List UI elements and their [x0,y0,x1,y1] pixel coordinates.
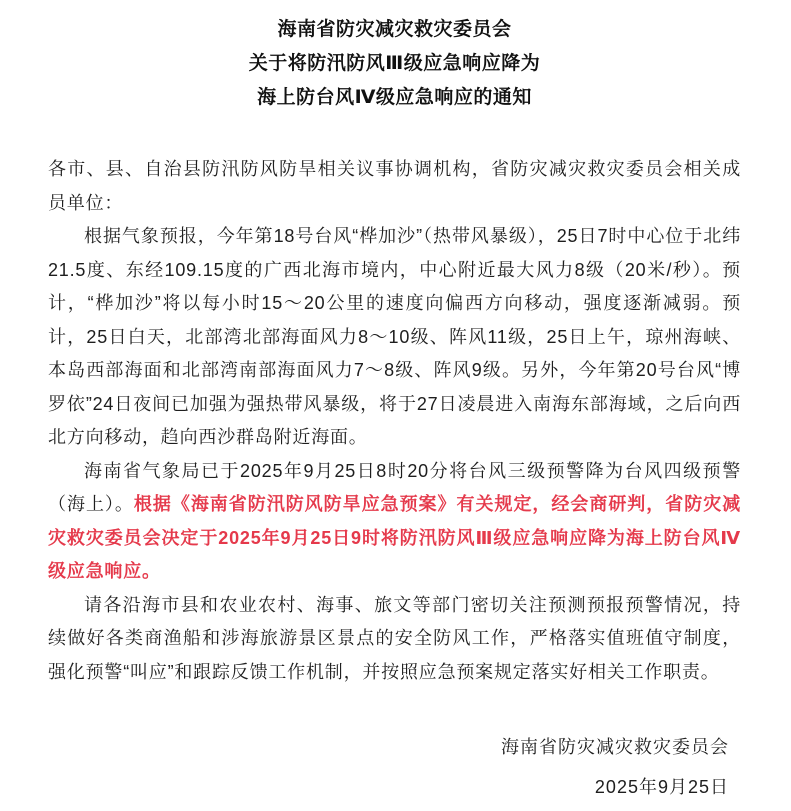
paragraph-decision: 海南省气象局已于2025年9月25日8时20分将台风三级预警降为台风四级预警（海… [48,455,741,589]
signature-committee: 海南省防灾减灾救灾委员会 [48,727,729,767]
title-line-1: 海南省防灾减灾救灾委员会 [48,13,741,47]
paragraph-requirements: 请各沿海市县和农业农村、海事、旅文等部门密切关注预测预报预警情况，持续做好各类商… [48,589,741,690]
title-line-2: 关于将防汛防风Ⅲ级应急响应降为 [48,47,741,81]
salutation: 各市、县、自治县防汛防风防旱相关议事协调机构，省防灾减灾救灾委员会相关成员单位： [48,153,741,220]
paragraph-forecast: 根据气象预报，今年第18号台风“桦加沙”（热带风暴级），25日7时中心位于北纬2… [48,220,741,455]
signature-date: 2025年9月25日 [48,767,729,807]
document-title: 海南省防灾减灾救灾委员会 关于将防汛防风Ⅲ级应急响应降为 海上防台风Ⅳ级应急响应… [48,13,741,115]
decision-highlight-text: 根据《海南省防汛防风防旱应急预案》有关规定，经会商研判，省防灾减灾救灾委员会决定… [48,494,741,581]
signature-block: 海南省防灾减灾救灾委员会 2025年9月25日 [48,727,741,807]
notice-document: 海南省防灾减灾救灾委员会 关于将防汛防风Ⅲ级应急响应降为 海上防台风Ⅳ级应急响应… [0,0,791,811]
document-body: 各市、县、自治县防汛防风防旱相关议事协调机构，省防灾减灾救灾委员会相关成员单位：… [48,153,741,689]
title-line-3: 海上防台风Ⅳ级应急响应的通知 [48,81,741,115]
